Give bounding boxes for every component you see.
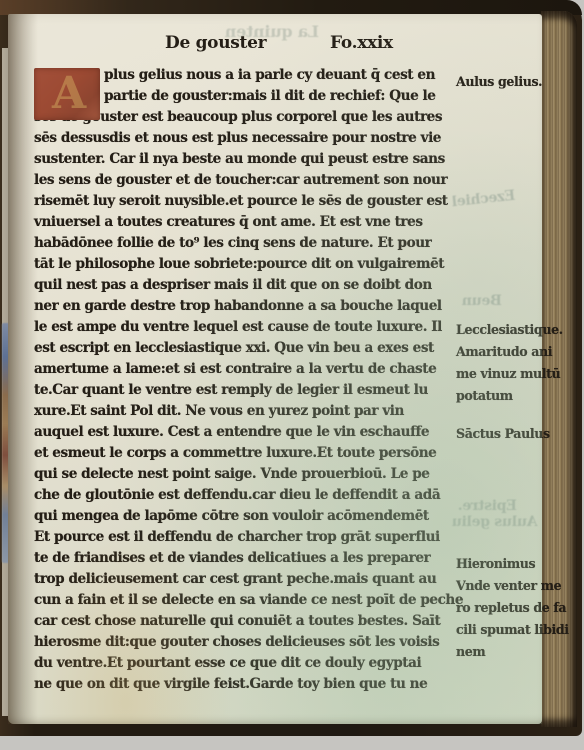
show-through-margin-text: Aulus geliu (452, 514, 538, 530)
margin-note-line: nem (456, 641, 546, 663)
text-line: cun a fain et il se delecte en sa viande… (34, 590, 464, 611)
margin-note-hieronimus: HieronimusVnde venter mero repletus de f… (456, 553, 546, 663)
text-line: le est ampe du ventre lequel est cause d… (34, 317, 464, 338)
margin-note-line: ro repletus de fa (456, 597, 546, 619)
text-line: ner en garde destre trop habandonne a sa… (34, 296, 464, 317)
text-line: tāt le philosophe loue sobriete:pource d… (34, 254, 464, 275)
text-line: ne que on dit que virgile feist.Garde to… (34, 674, 464, 695)
show-through-margin-text: Beun (462, 293, 502, 309)
text-line: et esmeut le corps a commettre luxure.Et… (34, 443, 464, 464)
margin-note-aulus-gelius: Aulus gelius. (456, 71, 546, 93)
text-line: risemēt luy seroit nuysible.et pource le… (34, 191, 464, 212)
text-line: sustenter. Car il nya beste au monde qui… (34, 149, 464, 170)
book-page: La quinten De gouster Fo.xxix Ezechiel B… (8, 14, 542, 724)
text-line: amertume a lame:et si est contraire a la… (34, 359, 464, 380)
opening-paragraph: A plus gelius nous a ia parle cy deuant … (34, 65, 464, 107)
text-line: che de gloutōnie est deffendu.car dieu l… (34, 485, 464, 506)
text-line: vniuersel a toutes creatures q̄ ont ame.… (34, 212, 464, 233)
margin-note-line: Amaritudo ani (456, 341, 546, 363)
painted-initial-block: A (34, 68, 100, 120)
text-line: hierosme dit:que gouter choses delicieus… (34, 632, 464, 653)
margin-note-ecclesiasticus: Lecclesiastique.Amaritudo anime vinuz mu… (456, 319, 546, 407)
margin-note-line: Lecclesiastique. (456, 319, 546, 341)
main-text-block: A plus gelius nous a ia parle cy deuant … (34, 65, 464, 695)
text-line: qui mengea de lapōme cōtre son vouloir a… (34, 506, 464, 527)
text-line: sēs dessusdis et nous est plus necessair… (34, 128, 464, 149)
body-lines: ses de gouster est beaucoup plus corpore… (34, 107, 464, 695)
text-line: quil nest pas a despriser mais il dit qu… (34, 275, 464, 296)
text-line: car cest chose naturelle qui conuiēt a t… (34, 611, 464, 632)
text-line: les sens de gouster et de toucher:car au… (34, 170, 464, 191)
running-title: De gouster (165, 33, 266, 53)
text-line: trop delicieusement car cest grant peche… (34, 569, 464, 590)
book-binding-top-edge (0, 0, 582, 15)
margin-note-line: me vinuz multū (456, 363, 546, 385)
margin-note-line: cili spumat libidi (456, 619, 546, 641)
initial-letter: A (52, 70, 86, 118)
text-line: xure.Et saint Pol dit. Ne vous en yurez … (34, 401, 464, 422)
folio-number: Fo.xxix (330, 33, 393, 53)
show-through-margin-text: Epistre. (458, 498, 517, 514)
text-line: te.Car quant le ventre est remply de leg… (34, 380, 464, 401)
text-line: habādōnee follie de to⁹ les cinq sens de… (34, 233, 464, 254)
text-line: est escript en lecclesiastique xxi. Que … (34, 338, 464, 359)
margin-note-line: potatum (456, 385, 546, 407)
margin-note-line: Aulus gelius. (456, 71, 546, 93)
text-line: Et pource est il deffendu de charcher tr… (34, 527, 464, 548)
book-photo: La quinten De gouster Fo.xxix Ezechiel B… (0, 0, 582, 736)
text-line: auquel est luxure. Cest a entendre que l… (34, 422, 464, 443)
margin-note-line: Vnde venter me (456, 575, 546, 597)
margin-note-sanctus-paulus: Sāctus Paulus (456, 423, 546, 445)
margin-note-line: Hieronimus (456, 553, 546, 575)
text-line: te de friandises et de viandes delicatiu… (34, 548, 464, 569)
margin-note-line: Sāctus Paulus (456, 423, 546, 445)
text-line: du ventre.Et pourtant esse ce que dit ce… (34, 653, 464, 674)
text-line: qui se delecte nest point saige. Vnde pr… (34, 464, 464, 485)
